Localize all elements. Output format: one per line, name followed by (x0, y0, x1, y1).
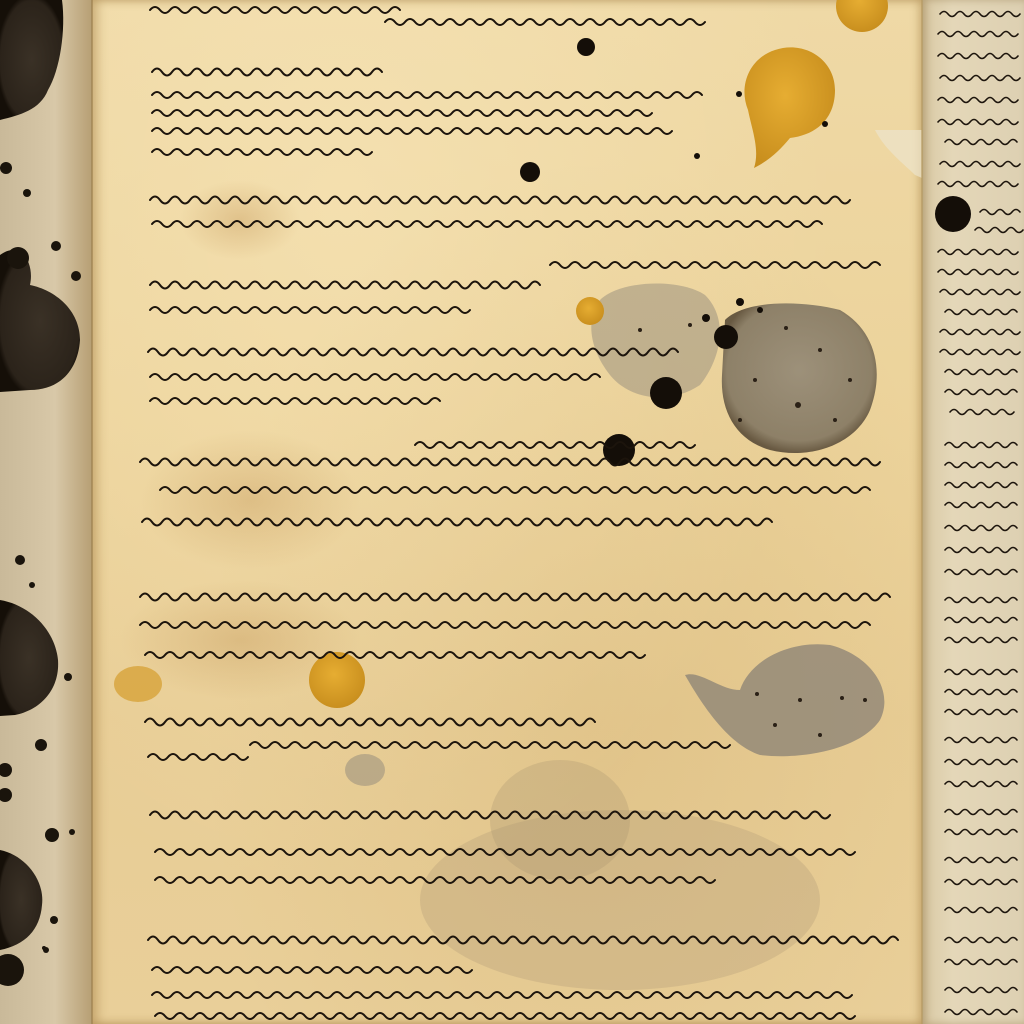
paper-curl-edge (875, 130, 922, 178)
grey-stains (345, 284, 884, 786)
faint-water-stains (120, 180, 820, 990)
left-ink-blots (0, 0, 81, 986)
manuscript-artwork (0, 0, 1024, 1024)
right-strip-handwriting (938, 12, 1023, 1015)
